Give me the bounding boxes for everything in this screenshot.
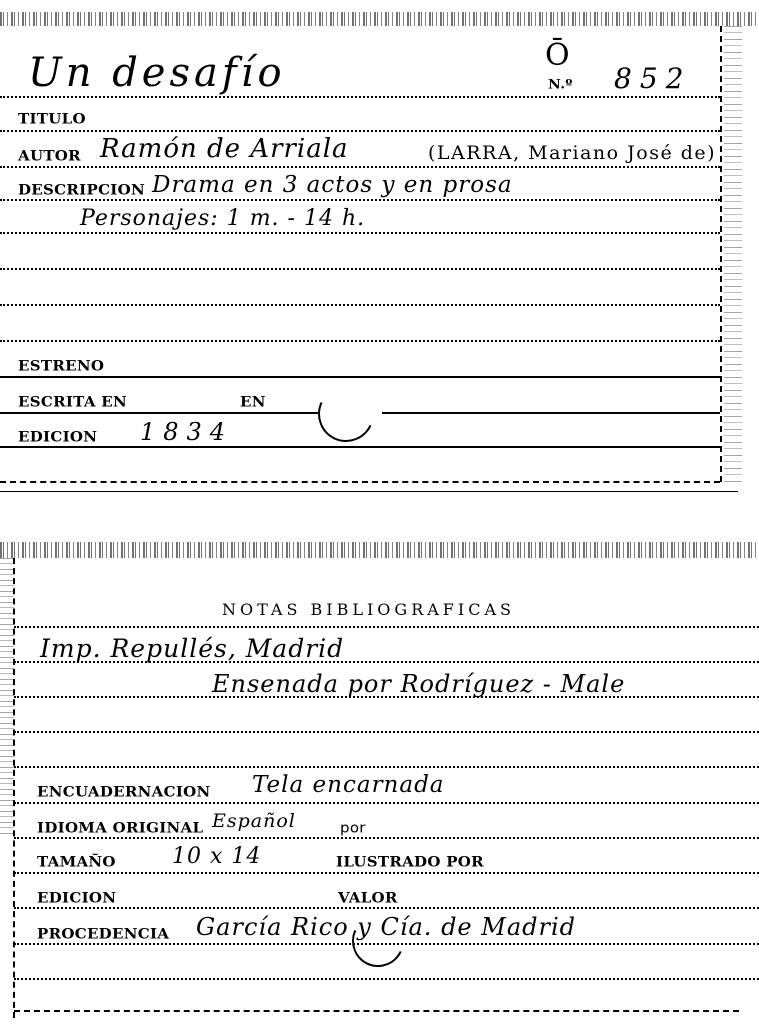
descripcion-value: Drama en 3 actos y en prosa	[152, 172, 513, 198]
encuadernacion-value: Tela encarnada	[252, 772, 445, 798]
edicion-value: 1834	[140, 418, 233, 446]
valor-label: VALOR	[338, 889, 398, 906]
idioma-label: IDIOMA ORIGINAL	[37, 819, 203, 836]
procedencia-label: PROCEDENCIA	[37, 925, 169, 942]
scan-edge-top	[0, 542, 759, 558]
library-stamp-mark	[310, 378, 382, 450]
descripcion-label: DESCRIPCION	[18, 181, 145, 198]
catalog-number: 852	[614, 62, 691, 95]
escrita-en-line-right	[382, 412, 720, 414]
title-handwritten: Un desafío	[28, 50, 286, 96]
edicion-line	[0, 446, 720, 448]
encuadernacion-line	[14, 802, 759, 804]
note-1: Imp. Repullés, Madrid	[40, 634, 344, 663]
tamano-label: TAMAÑO	[37, 853, 116, 870]
titulo-line	[0, 130, 720, 132]
card-bottom-line	[0, 481, 720, 483]
edicion-label: EDICION	[18, 428, 97, 445]
notas-line-2	[14, 661, 759, 663]
back-blank-line	[14, 978, 759, 980]
edicion-valor-line	[14, 907, 759, 909]
scan-edge-right	[724, 26, 742, 486]
personajes-line	[0, 232, 720, 234]
ilustrado-label: ILUSTRADO POR	[336, 853, 484, 870]
por-label: por	[340, 819, 366, 836]
autor-line	[0, 166, 720, 168]
idioma-value: Español	[212, 810, 296, 832]
autor-value: Ramón de Arriala	[100, 134, 349, 164]
escrita-en-line-left	[0, 412, 318, 414]
notas-line-5	[14, 766, 759, 768]
tamano-line	[14, 872, 759, 874]
card-right-border	[720, 26, 722, 482]
scan-edge-top	[0, 12, 759, 26]
blank-line-1	[0, 268, 720, 270]
personajes-value: Personajes: 1 m. - 14 h.	[80, 206, 365, 231]
notas-line-3	[14, 696, 759, 698]
idioma-line	[14, 837, 759, 839]
encuadernacion-label: ENCUADERNACION	[37, 783, 211, 800]
autor-label: AUTOR	[18, 147, 81, 164]
scan-edge-left	[0, 558, 14, 838]
front-card: Un desafío Ō N.º 852 TITULO AUTOR Ramón …	[0, 0, 759, 500]
titulo-label: TITULO	[18, 110, 86, 127]
blank-line-2	[0, 304, 720, 306]
descripcion-line	[0, 199, 720, 201]
autor-note: (LARRA, Mariano José de)	[428, 142, 716, 164]
edicion-label-back: EDICION	[37, 889, 116, 906]
escrita-en-label: ESCRITA EN	[18, 393, 127, 410]
title-line	[0, 96, 720, 98]
estreno-line	[0, 376, 720, 378]
card-edge-line	[0, 491, 738, 492]
back-card: NOTAS BIBLIOGRAFICAS Imp. Repullés, Madr…	[0, 530, 759, 1028]
notas-heading: NOTAS BIBLIOGRAFICAS	[222, 600, 515, 619]
notas-line-4	[14, 731, 759, 733]
en-label: EN	[240, 393, 266, 410]
notas-line-1	[14, 626, 759, 628]
note-2: Ensenada por Rodríguez - Male	[212, 670, 625, 698]
estreno-label: ESTRENO	[18, 357, 104, 374]
catalog-mark: Ō	[545, 38, 571, 73]
number-label: N.º	[548, 77, 573, 92]
back-bottom-line	[14, 1010, 739, 1012]
blank-line-3	[0, 340, 720, 342]
tamano-value: 10 x 14	[172, 844, 261, 869]
